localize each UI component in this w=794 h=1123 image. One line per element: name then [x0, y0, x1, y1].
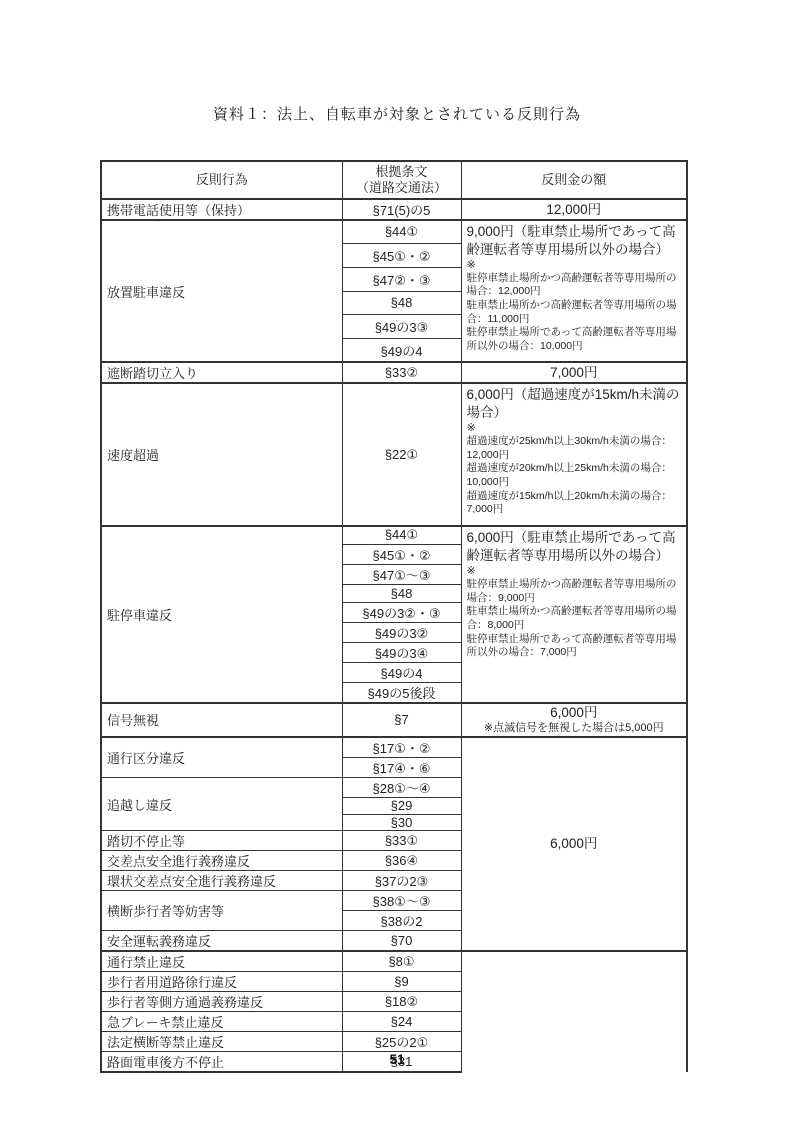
violation-name-cell: 環状交差点安全進行義務違反 [101, 871, 342, 891]
article-cell: §30 [342, 814, 461, 831]
fine-main-amount: 12,000円 [465, 201, 684, 219]
fine-main-amount: 6,000円（駐車禁止場所であって高齢運転者等専用場所以外の場合） [467, 529, 682, 565]
violation-name-cell: 安全運転義務違反 [101, 931, 342, 952]
article-cell: §8① [342, 951, 461, 972]
violation-name-cell: 歩行者用道路徐行違反 [101, 972, 342, 992]
article-cell: §49の5後段 [342, 682, 461, 703]
violation-name-cell: 信号無視 [101, 703, 342, 737]
fine-note: ※点滅信号を無視した場合は5,000円 [465, 721, 684, 735]
fine-note-line: 超過速度が15km/h以上20km/h未満の場合：7,000円 [467, 490, 682, 517]
document-title: 資料１：法上、自転車が対象とされている反則行為 [0, 103, 794, 124]
fine-main-amount: 6,000円 [465, 704, 684, 722]
violation-name-cell: 放置駐車違反 [101, 220, 342, 362]
fine-cell: 7,000円 [461, 362, 687, 383]
fine-cell: 6,000円（超過速度が15km/h未満の場合）※超過速度が25km/h以上30… [461, 383, 687, 526]
fine-note-line: 駐停車禁止場所であって高齢運転者等専用場所以外の場合：7,000円 [467, 633, 682, 660]
article-cell: §38①～③ [342, 891, 461, 911]
article-cell: §45①・② [342, 544, 461, 564]
violation-name-cell: 駐停車違反 [101, 526, 342, 703]
article-cell: §49の3④ [342, 642, 461, 662]
fine-note-line: 駐停車禁止場所であって高齢運転者等専用場所以外の場合：10,000円 [467, 326, 682, 353]
fine-cell: 6,000円※点滅信号を無視した場合は5,000円 [461, 703, 687, 737]
article-cell: §33① [342, 831, 461, 851]
violation-name-cell: 追越し違反 [101, 777, 342, 831]
fine-main-amount: 6,000円 [465, 835, 684, 853]
table-body: 携帯電話使用等（保持）§71(5)の512,000円放置駐車違反§44①9,00… [101, 199, 687, 1072]
article-cell: §28①～④ [342, 777, 461, 797]
violation-name-cell: 携帯電話使用等（保持） [101, 199, 342, 220]
violation-name-cell: 通行禁止違反 [101, 951, 342, 972]
col-header-article-line2: （道路交通法） [356, 180, 447, 195]
article-cell: §36④ [342, 851, 461, 871]
article-cell: §38の2 [342, 911, 461, 931]
violation-name-cell: 通行区分違反 [101, 737, 342, 778]
article-cell: §33② [342, 362, 461, 383]
fine-note-line: 駐車禁止場所かつ高齢運転者等専用場所の場合：11,000円 [467, 299, 682, 326]
article-cell: §25の2① [342, 1032, 461, 1052]
document-page: 資料１：法上、自転車が対象とされている反則行為 反則行為 根拠条文（道路交通法）… [0, 0, 794, 1123]
violation-name-cell: 法定横断等禁止違反 [101, 1032, 342, 1052]
violation-name-cell: 速度超過 [101, 383, 342, 526]
article-cell: §7 [342, 703, 461, 737]
col-header-article: 根拠条文（道路交通法） [342, 161, 461, 199]
article-cell: §48 [342, 291, 461, 315]
fine-cell: 6,000円（駐車禁止場所であって高齢運転者等専用場所以外の場合）※駐停車禁止場… [461, 526, 687, 703]
table-header-row: 反則行為 根拠条文（道路交通法） 反則金の額 [101, 161, 687, 199]
article-cell: §49の3②・③ [342, 602, 461, 622]
article-cell: §29 [342, 797, 461, 814]
col-header-violation: 反則行為 [101, 161, 342, 199]
fine-cell: 9,000円（駐車禁止場所であって高齢運転者等専用場所以外の場合）※駐停車禁止場… [461, 220, 687, 362]
fine-cell: 6,000円 [461, 737, 687, 952]
article-cell: §22① [342, 383, 461, 526]
col-header-article-line1: 根拠条文 [375, 164, 427, 179]
article-cell: §37の2③ [342, 871, 461, 891]
page-number: 51 [0, 1052, 794, 1067]
table-row: 通行区分違反§17①・②6,000円 [101, 737, 687, 758]
fine-main-amount: 6,000円（超過速度が15km/h未満の場合） [467, 386, 682, 422]
violation-name-cell: 歩行者等側方通過義務違反 [101, 992, 342, 1012]
article-cell: §17①・② [342, 737, 461, 758]
table-row: 携帯電話使用等（保持）§71(5)の512,000円 [101, 199, 687, 220]
table-row: 放置駐車違反§44①9,000円（駐車禁止場所であって高齢運転者等専用場所以外の… [101, 220, 687, 244]
fine-note-line: 超過速度が20km/h以上25km/h未満の場合：10,000円 [467, 462, 682, 489]
fine-note-line: 駐車禁止場所かつ高齢運転者等専用場所の場合：8,000円 [467, 605, 682, 632]
article-cell: §47①～③ [342, 564, 461, 584]
article-cell: §44① [342, 220, 461, 244]
table-row: 信号無視§76,000円※点滅信号を無視した場合は5,000円 [101, 703, 687, 737]
fine-note-line: 駐停車禁止場所かつ高齢運転者等専用場所の場合：12,000円 [467, 272, 682, 299]
fine-note-mark: ※ [467, 565, 682, 578]
article-cell: §70 [342, 931, 461, 952]
fine-note-line: 駐停車禁止場所かつ高齢運転者等専用場所の場合：9,000円 [467, 578, 682, 605]
fine-main-amount: 9,000円（駐車禁止場所であって高齢運転者等専用場所以外の場合） [467, 223, 682, 259]
fine-main-amount: 7,000円 [465, 364, 684, 382]
article-cell: §71(5)の5 [342, 199, 461, 220]
article-cell: §49の3② [342, 622, 461, 642]
violation-name-cell: 横断歩行者等妨害等 [101, 891, 342, 931]
violation-name-cell: 遮断踏切立入り [101, 362, 342, 383]
article-cell: §49の4 [342, 338, 461, 362]
article-cell: §48 [342, 584, 461, 602]
article-cell: §49の3③ [342, 315, 461, 339]
violations-table-container: 反則行為 根拠条文（道路交通法） 反則金の額 携帯電話使用等（保持）§71(5)… [100, 160, 688, 1073]
fine-note-line: 超過速度が25km/h以上30km/h未満の場合：12,000円 [467, 435, 682, 462]
article-cell: §17④・⑥ [342, 757, 461, 777]
fine-note-mark: ※ [467, 259, 682, 272]
article-cell: §44① [342, 526, 461, 544]
table-row: 通行禁止違反§8① [101, 951, 687, 972]
violations-table: 反則行為 根拠条文（道路交通法） 反則金の額 携帯電話使用等（保持）§71(5)… [100, 160, 688, 1073]
article-cell: §45①・② [342, 244, 461, 268]
article-cell: §24 [342, 1012, 461, 1032]
article-cell: §49の4 [342, 662, 461, 682]
violation-name-cell: 急ブレーキ禁止違反 [101, 1012, 342, 1032]
fine-cell: 12,000円 [461, 199, 687, 220]
table-row: 駐停車違反§44①6,000円（駐車禁止場所であって高齢運転者等専用場所以外の場… [101, 526, 687, 544]
violation-name-cell: 交差点安全進行義務違反 [101, 851, 342, 871]
article-cell: §9 [342, 972, 461, 992]
article-cell: §18② [342, 992, 461, 1012]
article-cell: §47②・③ [342, 267, 461, 291]
fine-note-mark: ※ [467, 422, 682, 435]
table-row: 遮断踏切立入り§33②7,000円 [101, 362, 687, 383]
col-header-fine: 反則金の額 [461, 161, 687, 199]
table-row: 速度超過§22①6,000円（超過速度が15km/h未満の場合）※超過速度が25… [101, 383, 687, 526]
violation-name-cell: 踏切不停止等 [101, 831, 342, 851]
